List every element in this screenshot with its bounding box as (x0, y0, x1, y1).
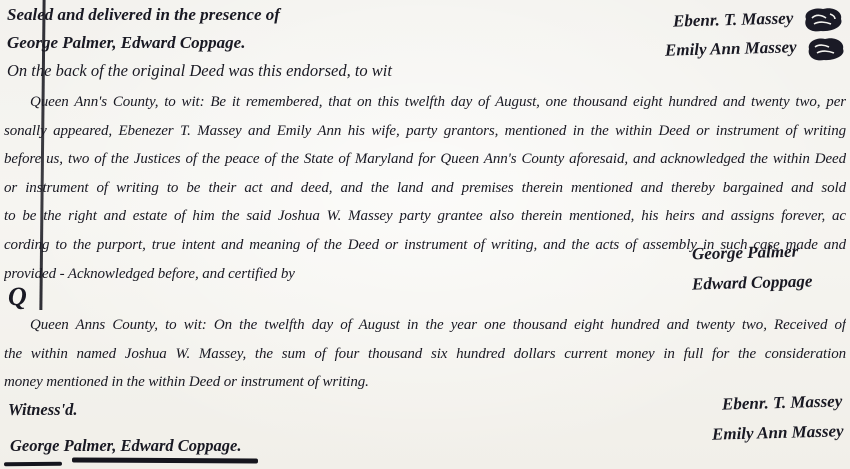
bottom-witness-names: George Palmer, Edward Coppage. (10, 436, 241, 456)
scanned-deed-page: Sealed and delivered in the presence of … (0, 0, 850, 469)
receipt-signature: Emily Ann Massey (712, 421, 844, 444)
receipt-paragraph: Queen Anns County, to wit: On the twelft… (4, 311, 846, 397)
attestation-witness-names: George Palmer, Edward Coppage. (7, 33, 245, 53)
acknowledgment-line: or instrument of writing to be their act… (4, 174, 846, 203)
acknowledgment-line: before us, two of the Justices of the pe… (4, 145, 846, 174)
justice-signature: Edward Coppage (692, 271, 813, 294)
grantor-signature-row: Emily Ann Massey (665, 36, 846, 62)
acknowledgment-line: to be the right and estate of him the sa… (4, 202, 846, 231)
grantor-signature-name: Ebenr. T. Massey (672, 8, 793, 31)
witness-label: Witness'd. (8, 400, 78, 420)
justice-signature: George Palmer (692, 242, 799, 265)
closing-rule (72, 458, 258, 464)
receipt-line: Queen Anns County, to wit: On the twelft… (4, 311, 846, 340)
grantor-signature-row: Ebenr. T. Massey (673, 6, 844, 33)
receipt-signature: Ebenr. T. Massey (721, 391, 842, 414)
attestation-line: Sealed and delivered in the presence of (7, 5, 280, 25)
acknowledgment-line: sonally appeared, Ebenezer T. Massey and… (4, 117, 846, 146)
grantor-signature-name: Emily Ann Massey (665, 37, 797, 60)
endorsement-note: On the back of the original Deed was thi… (7, 61, 392, 81)
receipt-line: the within named Joshua W. Massey, the s… (4, 340, 846, 369)
margin-mark: Q (8, 282, 27, 312)
acknowledgment-line: Queen Ann's County, to wit: Be it rememb… (4, 88, 846, 117)
seal-icon (800, 6, 844, 33)
closing-rule (4, 462, 62, 467)
seal-icon (804, 36, 846, 62)
receipt-line: money mentioned in the within Deed or in… (4, 368, 846, 397)
